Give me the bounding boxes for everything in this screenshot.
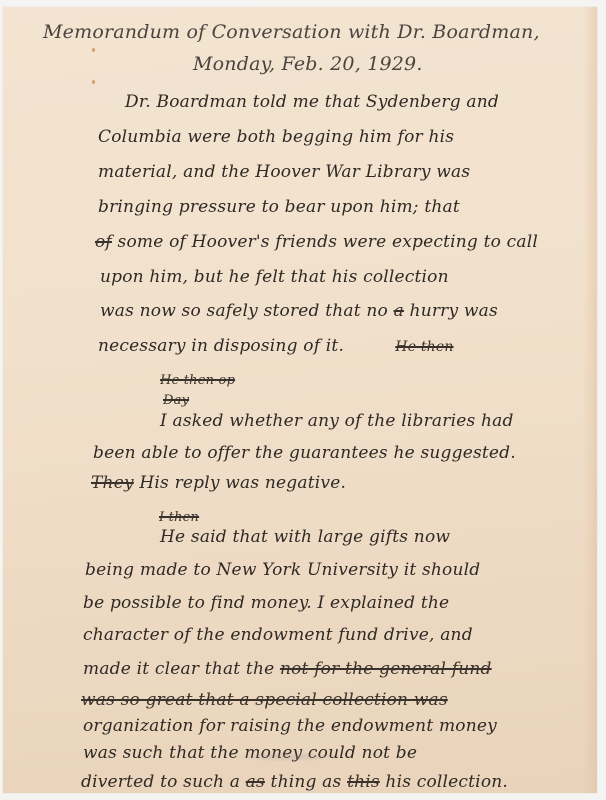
struck-word: of xyxy=(95,232,112,252)
text-line: character of the endowment fund drive, a… xyxy=(83,625,473,645)
text-line: They His reply was negative. xyxy=(91,473,346,493)
struck-word: They xyxy=(91,473,134,493)
text-span: necessary in disposing of it. xyxy=(98,336,344,356)
heading-line-1: Memorandum of Conversation with Dr. Boar… xyxy=(43,21,540,43)
text-span: diverted to such a xyxy=(81,772,240,792)
struck-note: I then xyxy=(159,510,199,525)
text-line: been able to offer the guarantees he sug… xyxy=(93,443,516,463)
struck-word: a xyxy=(394,301,404,321)
text-span: thing as xyxy=(271,772,342,792)
text-line: organization for raising the endowment m… xyxy=(83,716,497,736)
text-span: was now so safely stored that no xyxy=(100,301,388,321)
text-line: I asked whether any of the libraries had xyxy=(160,411,514,431)
text-line: made it clear that the not for the gener… xyxy=(83,659,492,679)
text-span: made it clear that the xyxy=(83,659,274,679)
struck-phrase: not for the general fund xyxy=(280,659,492,679)
text-line: Dr. Boardman told me that Sydenberg and xyxy=(125,92,499,112)
text-span: His reply was negative. xyxy=(139,473,346,493)
struck-note: He then op xyxy=(160,373,235,388)
text-line: of some of Hoover's friends were expecti… xyxy=(95,232,538,252)
text-line: was now so safely stored that no a hurry… xyxy=(100,301,498,321)
struck-note: Day xyxy=(163,393,189,408)
heading-line-2: Monday, Feb. 20, 1929. xyxy=(193,53,423,75)
struck-word: as xyxy=(246,772,265,792)
text-line: necessary in disposing of it. He then xyxy=(98,336,454,356)
struck-word: He then xyxy=(395,339,453,355)
text-line: He said that with large gifts now xyxy=(160,527,450,547)
text-span: his collection. xyxy=(385,772,508,792)
ink-stain xyxy=(92,48,95,52)
text-line: Columbia were both begging him for his xyxy=(98,127,454,147)
text-line: bringing pressure to bear upon him; that xyxy=(98,197,460,217)
ink-stain xyxy=(92,80,95,84)
text-span: some of Hoover's friends were expecting … xyxy=(118,232,538,252)
pencil-smudge xyxy=(228,752,348,762)
memorandum-page: Memorandum of Conversation with Dr. Boar… xyxy=(3,7,597,793)
text-line: diverted to such a as thing as this his … xyxy=(81,772,508,792)
text-span: hurry was xyxy=(410,301,498,321)
text-line: being made to New York University it sho… xyxy=(85,560,480,580)
text-line: upon him, but he felt that his collectio… xyxy=(100,267,449,287)
struck-line: was so great that a special collection w… xyxy=(81,690,448,710)
text-line: material, and the Hoover War Library was xyxy=(98,162,470,182)
struck-word: this xyxy=(347,772,380,792)
text-line: be possible to find money. I explained t… xyxy=(83,593,449,613)
